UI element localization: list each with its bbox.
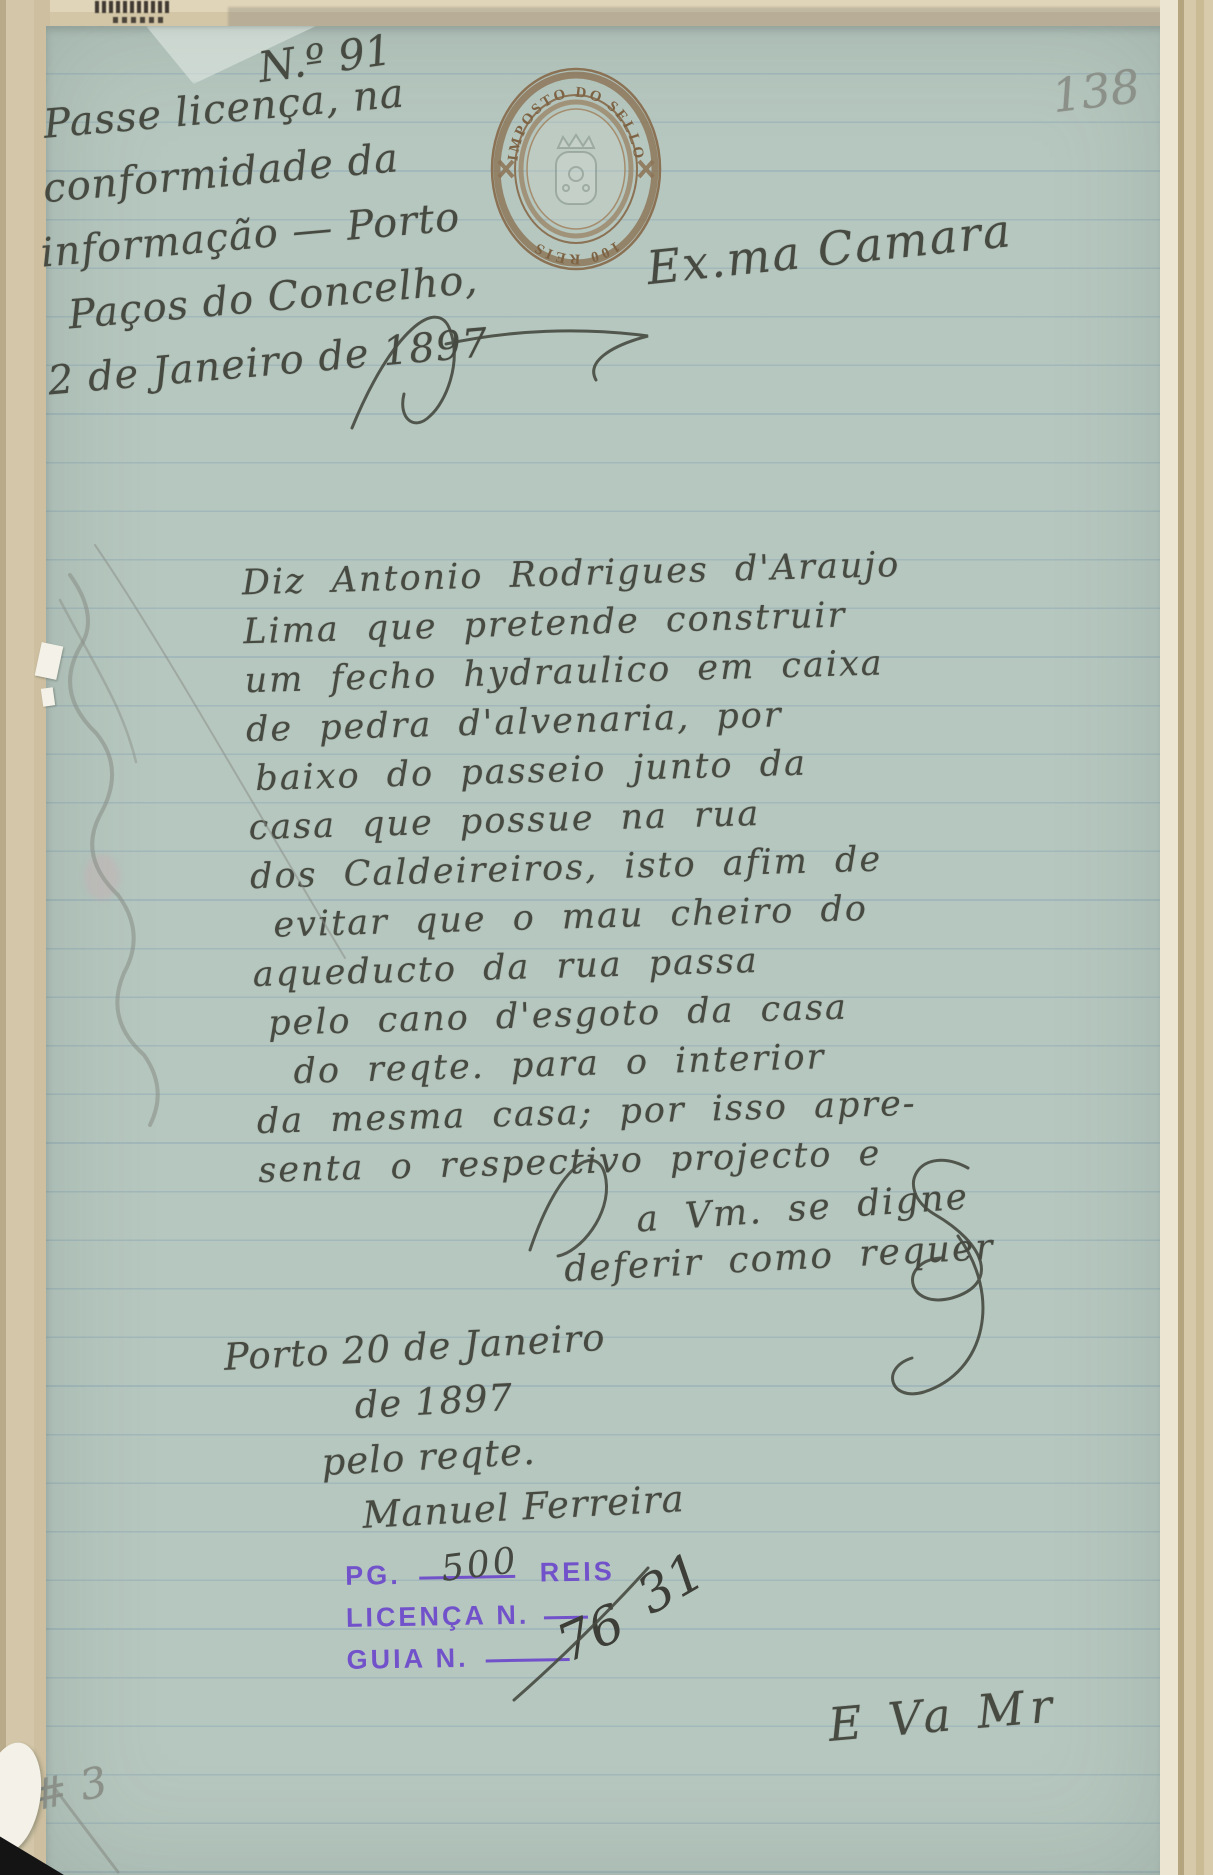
stamp-licenca-label: LICENÇA N. — [346, 1600, 530, 1633]
petition-body: Diz Antonio Rodrigues d'Araujo Lima que … — [241, 541, 918, 1196]
underlying-page-right-edge — [1178, 0, 1213, 1875]
page-edge-highlight — [1160, 0, 1180, 1875]
salutation: Ex.ma Camara — [644, 203, 1015, 295]
embossed-coat-of-arms — [556, 135, 596, 204]
svg-text:100 REIS: 100 REIS — [530, 238, 623, 267]
stamp-guia-label: GUIA N. — [346, 1643, 469, 1675]
stamp-pg-value-handwritten: 500 — [439, 1540, 521, 1590]
clerk-signature: E Va Mr — [826, 1678, 1060, 1752]
stamp-pg-label: PG. — [345, 1560, 401, 1591]
seal-arc-top-text: IMPOSTO DO SELLO — [505, 85, 646, 162]
stamp-blank-line — [485, 1658, 569, 1662]
seal-band-rosette — [499, 161, 653, 177]
seal-arc-bottom-text: 100 REIS — [530, 238, 623, 267]
edge-print-fragment — [113, 17, 165, 23]
stamp-row-pg: PG. REIS 500 — [345, 1555, 676, 1603]
paper-tear-chip — [41, 687, 55, 706]
folio-number: 138 — [1049, 59, 1143, 123]
date-and-signature: Porto 20 de Janeiro de 1897 pelo reqte. … — [223, 1306, 686, 1549]
petition-page: N.º 91 138 Passe licença, na conformidad… — [46, 26, 1164, 1875]
stamp-pg-unit: REIS — [539, 1556, 615, 1587]
paper-stain — [84, 854, 120, 900]
closing-line: deferir como requer — [563, 1227, 995, 1290]
edge-print-fragment — [95, 1, 169, 13]
document-scan: N.º 91 138 Passe licença, na conformidad… — [0, 0, 1213, 1875]
dispatch-note: Passe licença, na conformidade da inform… — [41, 56, 491, 412]
svg-text:IMPOSTO DO SELLO: IMPOSTO DO SELLO — [505, 85, 646, 162]
